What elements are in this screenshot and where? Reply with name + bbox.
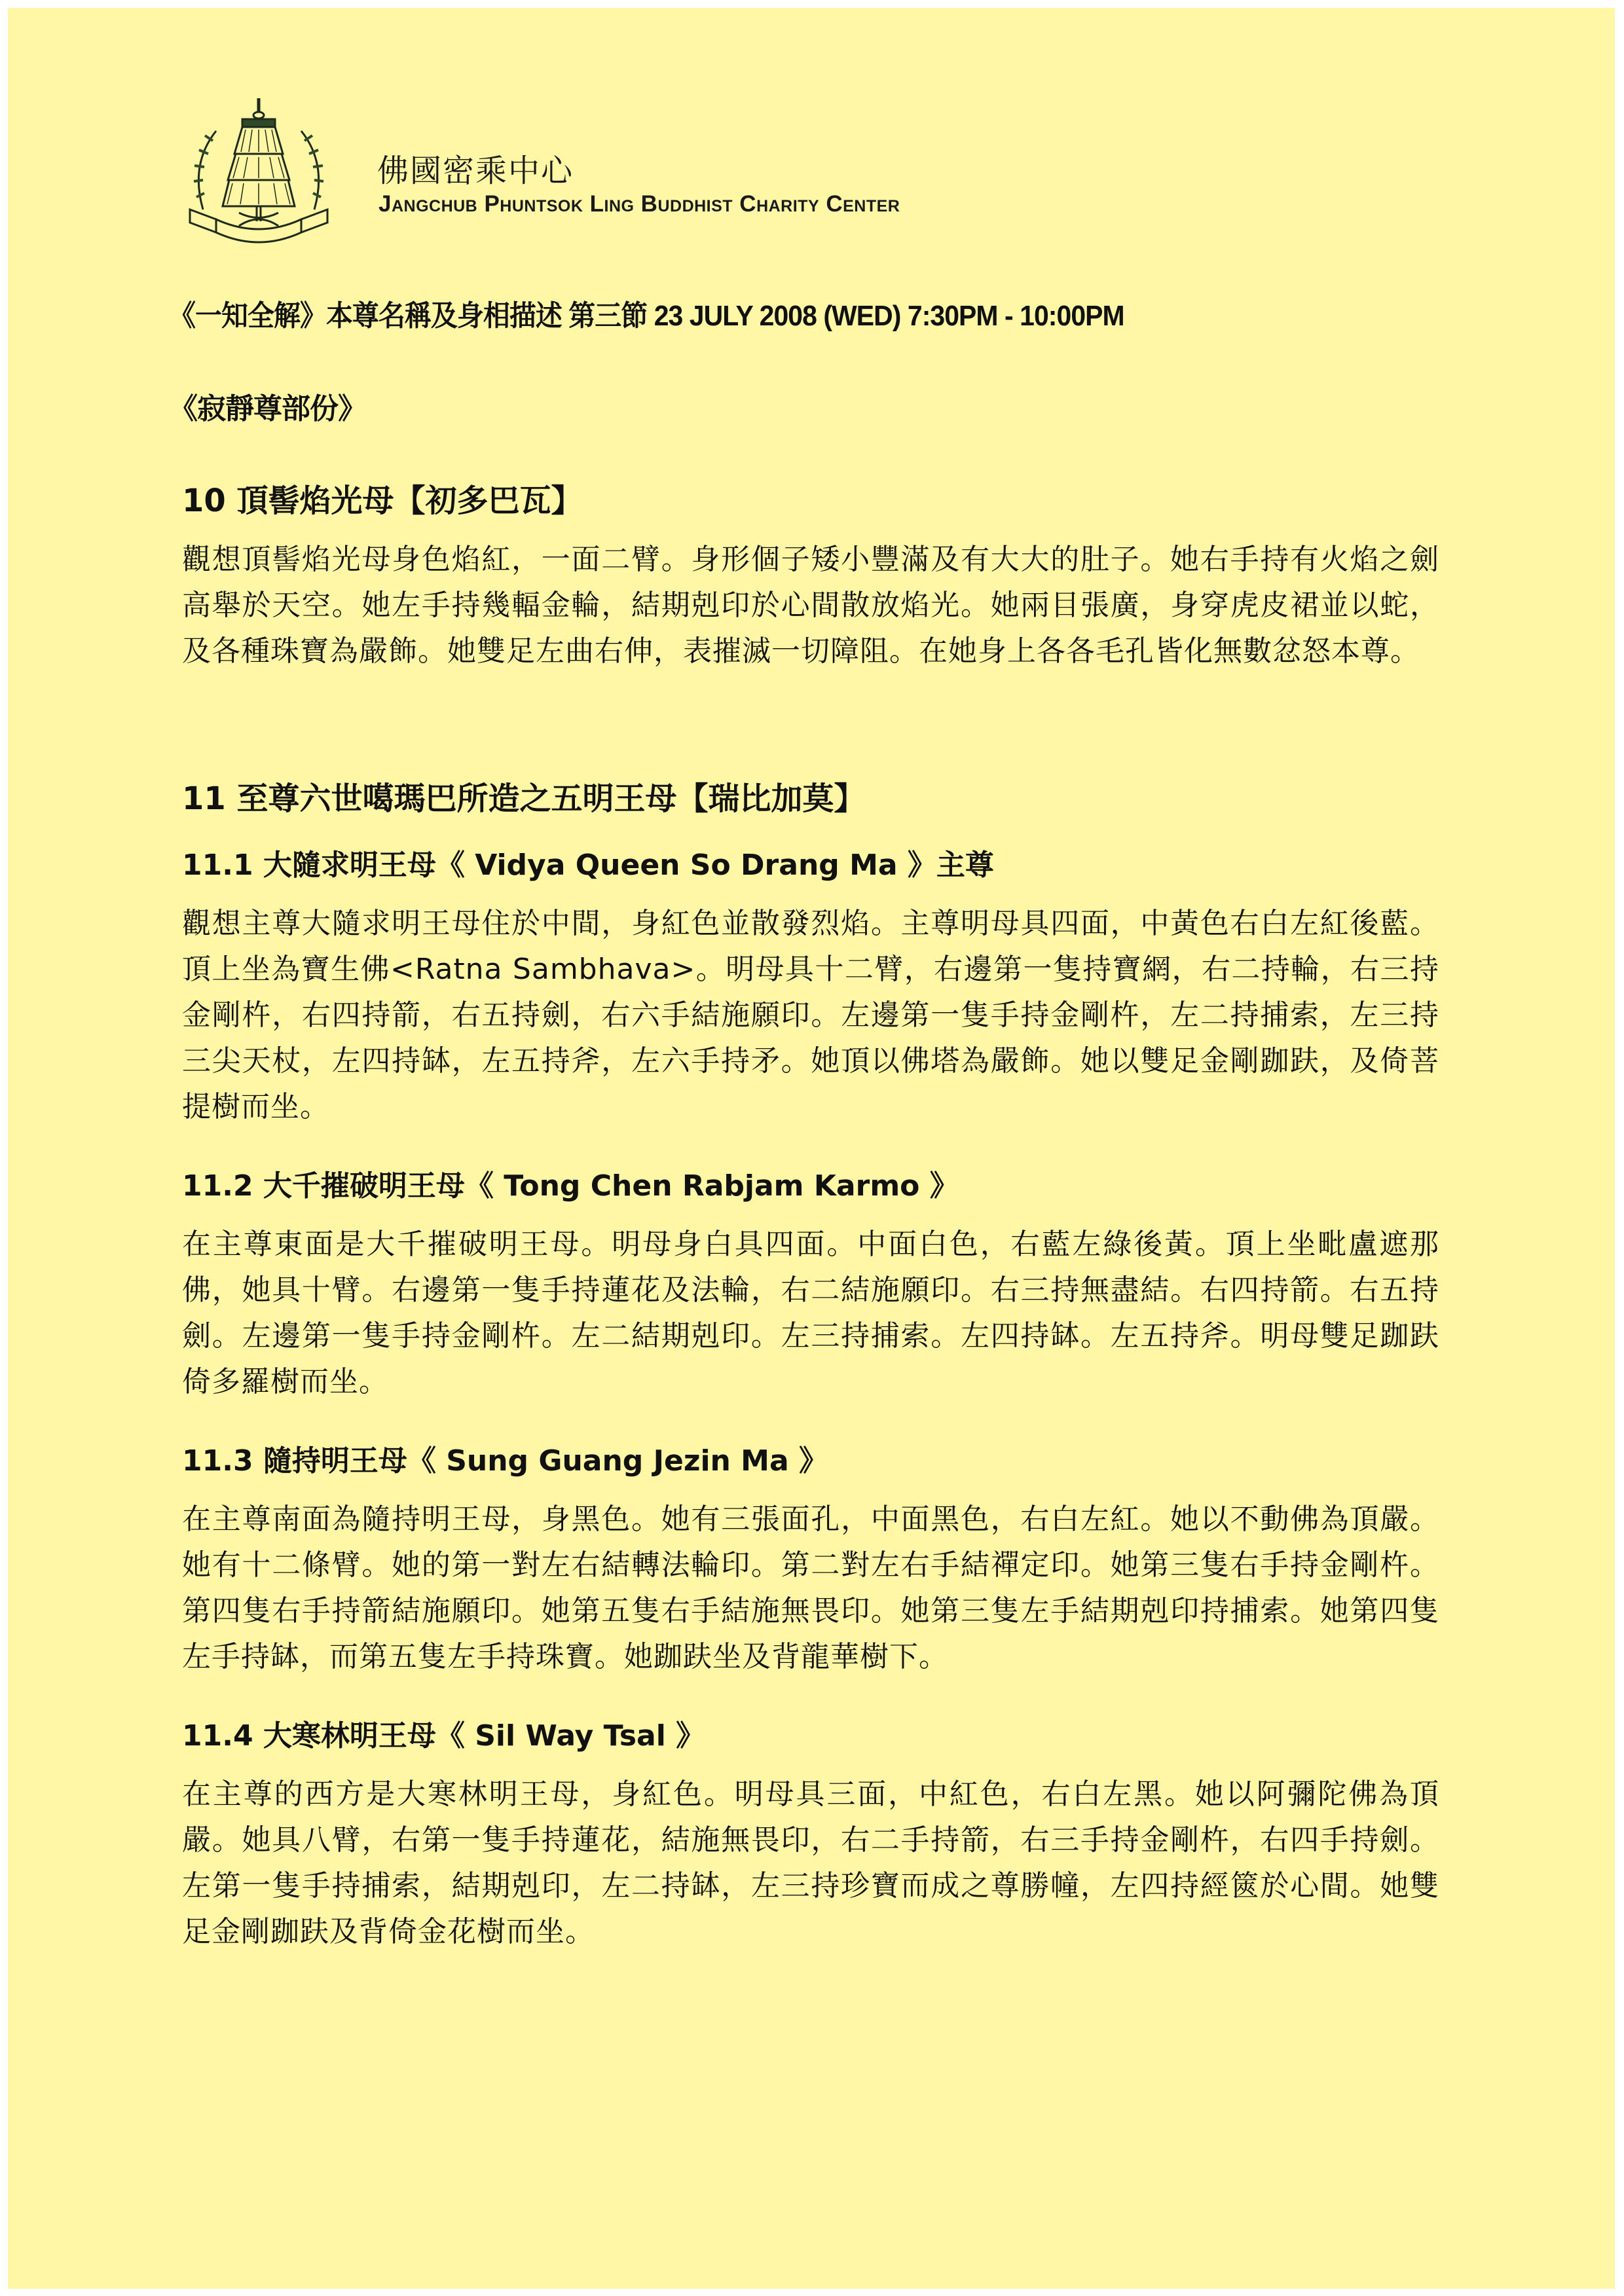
subsection-11-1: 11.1 大隨求明王母《 Vidya Queen So Drang Ma 》主尊… — [182, 845, 1439, 1130]
org-name-english: Jangchub Phuntsok Ling Buddhist Charity … — [378, 191, 900, 217]
section-paragraph: 觀想頂髻焰光母身色焰紅，一面二臂。身形個子矮小豐滿及有大大的肚子。她右手持有火焰… — [182, 537, 1439, 674]
part-title: 《寂靜尊部份》 — [169, 385, 366, 427]
section-heading: 10 頂髻焰光母【初多巴瓦】 — [182, 478, 1439, 524]
subsection-paragraph: 在主尊南面為隨持明王母，身黑色。她有三張面孔，中面黑色，右白左紅。她以不動佛為頂… — [182, 1497, 1439, 1680]
subsection-paragraph: 在主尊東面是大千摧破明王母。明母身白具四面。中面白色，右藍左綠後黃。頂上坐毗盧遮… — [182, 1222, 1439, 1405]
section-heading: 11 至尊六世噶瑪巴所造之五明王母【瑞比加莫】 — [182, 776, 1439, 822]
subsection-11-2: 11.2 大千摧破明王母《 Tong Chen Rabjam Karmo 》 在… — [182, 1165, 1439, 1405]
subsection-11-3: 11.3 隨持明王母《 Sung Guang Jezin Ma 》 在主尊南面為… — [182, 1440, 1439, 1680]
subsection-heading: 11.3 隨持明王母《 Sung Guang Jezin Ma 》 — [182, 1440, 1439, 1482]
subsection-11-4: 11.4 大寒林明王母《 Sil Way Tsal 》 在主尊的西方是大寒林明王… — [182, 1715, 1439, 1955]
subsection-paragraph: 在主尊的西方是大寒林明王母，身紅色。明母具三面，中紅色，右白左黑。她以阿彌陀佛為… — [182, 1772, 1439, 1955]
org-name-chinese: 佛國密乘中心 — [377, 145, 574, 191]
subsection-heading: 11.4 大寒林明王母《 Sil Way Tsal 》 — [182, 1715, 1439, 1757]
subsection-paragraph: 觀想主尊大隨求明王母住於中間，身紅色並散發烈焰。主尊明母具四面，中黃色右白左紅後… — [182, 901, 1439, 1130]
subsection-heading: 11.2 大千摧破明王母《 Tong Chen Rabjam Karmo 》 — [182, 1165, 1439, 1207]
stupa-banner-wreath-logo-icon — [177, 92, 341, 249]
document-title: 《一知全解》本尊名稱及身相描述 第三節 23 JULY 2008 (WED) 7… — [169, 292, 1124, 334]
section-10: 10 頂髻焰光母【初多巴瓦】 觀想頂髻焰光母身色焰紅，一面二臂。身形個子矮小豐滿… — [182, 478, 1439, 674]
subsection-heading: 11.1 大隨求明王母《 Vidya Queen So Drang Ma 》主尊 — [182, 845, 1439, 886]
section-11: 11 至尊六世噶瑪巴所造之五明王母【瑞比加莫】 — [182, 776, 1439, 822]
